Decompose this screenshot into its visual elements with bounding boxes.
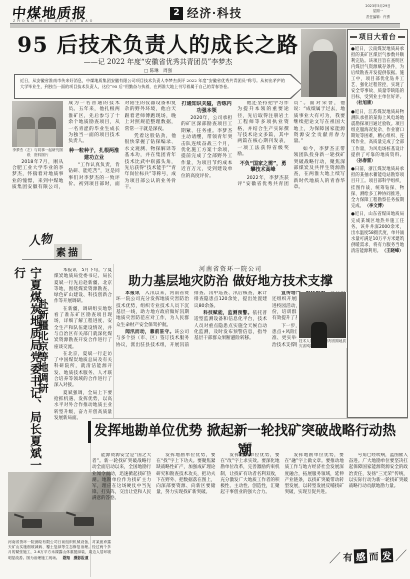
excavator-shape: [74, 517, 94, 526]
worker-a-silhouette: [17, 117, 35, 147]
column-label-renwu-sumiao: 人物 素描: [22, 230, 96, 263]
paragraph: 在北京，夏斌一行走访了中国煤炭地质总局及有关科研院所，就清洁能源开发、地质技术服…: [54, 352, 112, 390]
newspaper-page: 中煤地质报 ZHONG MEI DI ZHI BAO 2 经济·科技 2023年…: [0, 0, 410, 579]
page-number-box: 2: [170, 7, 183, 20]
editor-line: 责任编辑：许勇: [350, 15, 406, 20]
title-rule-right: [398, 36, 405, 39]
article1-headline: 95 后技术负责人的成长之路: [14, 29, 302, 59]
section-title: 经济·科技: [187, 5, 242, 21]
renwu-script-text: 人物: [27, 229, 53, 249]
excavator-shape: [22, 519, 42, 528]
paragraph: 在新疆，调研组实地察看了准东矿区勘查项目现场，详细了解工程进度、安全生产和队伍建…: [54, 307, 112, 351]
yougan-char-1: 有: [343, 550, 353, 564]
column-label-yougan-erfa: ／ 有 感 而 发 ／: [328, 540, 409, 573]
section-header: 2 经济·科技: [150, 5, 262, 21]
column-divider-left: [113, 264, 114, 418]
paragraph: 号角已经吹响，蓝图催人奋进。广大地勘单位要坚决扛起保障国家能源资源安全的政治责任…: [349, 453, 408, 490]
title-rule-left: [350, 36, 357, 39]
portrait-photo: [12, 101, 63, 147]
showcase-items: ●近日，云南煤炭地质局承担的某矿区煤层气参数井顺利完钻。该项目旨在查明区内煤层气…: [348, 45, 407, 409]
paragraph: 本报讯 入汛以来，河南省资环一院公司充分发挥地质灾害防治技术优势，组织专业技术人…: [116, 291, 189, 329]
paragraph: ●近日，山东省煤田地质局完成某城区地热井施工任务。该井井深2000余米，出水温度…: [351, 212, 404, 255]
article1-subhead: ——记 2022 年度“安徽省优秀共青团员”李梦杰: [14, 57, 302, 67]
date-block: 2023年5月29日 星期一 责任编辑：许勇: [350, 4, 406, 20]
article1-byline: □ 陈琳 周强: [14, 68, 302, 74]
worker-silhouette: [309, 51, 337, 97]
paragraph: 如今，李梦杰正带领团队投身新一轮找矿突破战略行动，聚焦深部煤炭及共伴生资源勘查，…: [294, 147, 345, 192]
vest-shape: [38, 129, 56, 147]
paragraph: ●近日，云南煤炭地质局承担的某矿区煤层气参数井顺利完钻。该项目旨在查明区内煤层气…: [351, 47, 404, 108]
paragraph: 种一粒种子，扎根两淮建功立业: [68, 148, 119, 162]
person-silhouette: [311, 322, 327, 348]
project-showcase-box: 项目大看台 ●近日，云南煤炭地质局承担的某矿区煤层气参数井顺利完钻。该项目旨在查…: [347, 29, 408, 418]
paragraph: 科技赋能，监测预警。依托普适型监测设备和信息化平台，技术人员对重点隐患点实施全天…: [194, 311, 267, 343]
yougan-char-2: 感: [354, 549, 367, 563]
article3-figure: 技术人员在会商研判汛期地质灾害风险。: [297, 292, 348, 348]
paragraph: 能源资源安全是“国之大者”。新一轮找矿突破战略行动全面启动以来，全国地勘行业闻令…: [92, 453, 151, 503]
article1-portrait-figure: 李梦杰（左）与同事一起研究图纸 资料图片: [12, 101, 63, 158]
paragraph: ●日前，浙江煤炭地质局承担的某抽水蓄能电站勘察项目开工。项目部科学组织、挂图作战…: [351, 167, 404, 210]
paragraph: 本报讯 5月下旬，宁夏煤炭地质局党委书记、局长夏斌一行先后赴新疆、北京等地，围绕…: [54, 268, 112, 306]
yougan-char-3: 而: [369, 549, 379, 563]
paragraph: 发挥地勘单位优势，要在“改”字上求实效。要深化地勘单位改革，完善激励约束机制，让…: [220, 453, 279, 496]
paragraph: 凭着这股钻劲，他很快掌握了钻探编录、水文观测、物探解译等基本功，并在集团青年技术…: [125, 134, 176, 192]
article1-intro-text: 近日，从安徽省淮南市传来好消息，中煤地质集团安徽有限公司项目技术负责人李梦杰获评…: [20, 78, 285, 97]
sumiao-box-text: 素描: [54, 244, 82, 259]
article2-vertical-subheadline: 赴新疆北京等地调研: [34, 299, 49, 409]
helmet-shape: [313, 39, 333, 51]
label-underline: [22, 259, 92, 260]
vest-shape: [17, 129, 35, 147]
header-rule: [10, 23, 400, 28]
showcase-title-bar: 项目大看台: [350, 32, 405, 45]
article1-worker-photo: [301, 29, 346, 97]
slash-mark: ／: [329, 548, 342, 565]
meeting-photo: [299, 292, 346, 338]
worker-b-silhouette: [38, 117, 56, 147]
yougan-char-4: 发: [380, 548, 393, 562]
article3-headline: 助力基层地灾防治 做好地方技术支撑: [116, 271, 345, 289]
paragraph: 发挥地勘单位优势，要在“融”字上做文章。要推动地质工作与地方经济社会发展深度融合…: [285, 453, 344, 496]
slash-mark: ／: [395, 546, 408, 563]
paragraph: 发挥地勘单位优势，要在“找”字上下功夫。要聚焦紧缺战略性矿产，加强成矿理论研究和…: [156, 453, 215, 496]
showcase-title: 项目大看台: [359, 32, 397, 42]
paragraph: 2020年，公司承担的矿区深部勘查项目工期紧、任务重。李梦杰主动请缨，带领青年突…: [181, 116, 232, 180]
headline-bar: [88, 421, 91, 443]
paragraph: 打通知识关隘，苦练内功强本领: [181, 101, 232, 115]
portrait-caption: 李梦杰（左）与同事一起研究图纸 资料图片: [12, 148, 63, 158]
article4-byline: ◆ 王磊: [94, 442, 396, 448]
intro-banner-inner: 近日，从安徽省淮南市传来好消息，中煤地质集团安徽有限公司项目技术负责人李梦杰获评…: [15, 75, 303, 98]
article1-intro-banner: 近日，从安徽省淮南市传来好消息，中煤地质集团安徽有限公司项目技术负责人李梦杰获评…: [14, 74, 304, 99]
paragraph: 不负“国家之需”，勇攀技术高峰: [237, 161, 288, 175]
paragraph: ●近日，江苏煤炭地质局物测队承担的某海上风电场地震勘探项目通过验收。项目组克服海…: [351, 110, 404, 165]
photo-credit: 聂翔 摄影报道: [63, 556, 89, 560]
paragraph: 他还坚持把学习作为提升本领的重要途径，先后取得注册岩土工程师等多项执业资格，并结…: [237, 101, 288, 159]
